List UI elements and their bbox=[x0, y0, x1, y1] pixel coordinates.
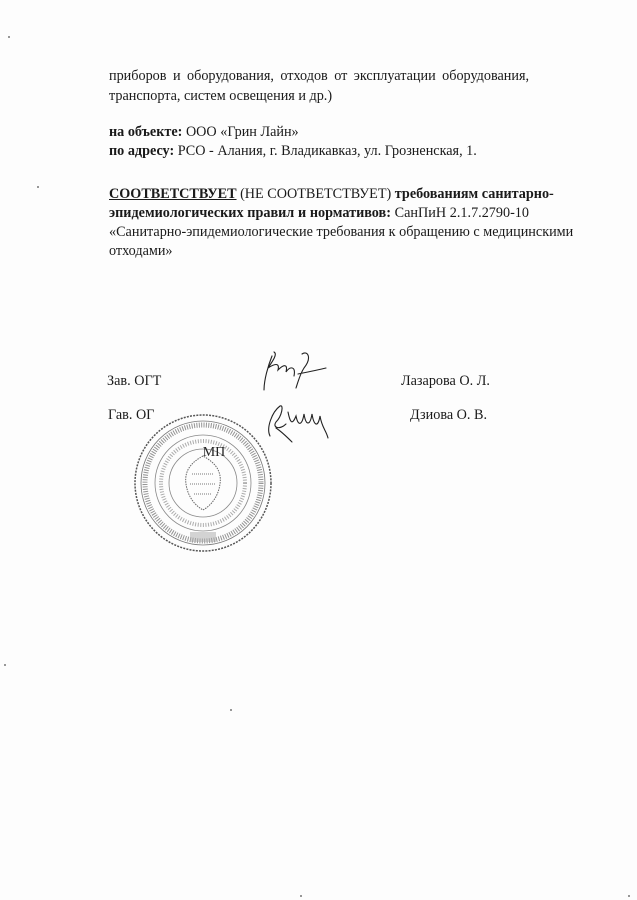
text: оборудования, bbox=[187, 68, 274, 84]
signature-position-1: Зав. ОГТ bbox=[107, 373, 161, 390]
complies-text: СООТВЕТСТВУЕТ bbox=[109, 186, 237, 202]
object-label: на объекте: bbox=[109, 124, 182, 140]
text: «Санитарно-эпидемиологические bbox=[109, 224, 313, 240]
address-line: по адресу: РСО - Алания, г. Владикавказ,… bbox=[109, 143, 529, 159]
text: СанПиН bbox=[395, 205, 446, 221]
intro-line-1: приборов и оборудования, отходов от эксп… bbox=[109, 68, 529, 84]
text: приборов bbox=[109, 68, 166, 84]
text: отходов bbox=[280, 68, 327, 84]
text: эпидемиологических bbox=[109, 205, 244, 221]
conclusion-line-4: отходами» bbox=[109, 243, 529, 259]
text: требованиям bbox=[395, 186, 478, 202]
scan-speck bbox=[300, 895, 302, 897]
object-value: ООО «Грин Лайн» bbox=[186, 124, 299, 140]
text: медицинскими bbox=[483, 224, 573, 240]
signature-name-1: Лазарова О. Л. bbox=[401, 373, 490, 390]
text: правил bbox=[247, 205, 294, 221]
document-page: приборов и оборудования, отходов от эксп… bbox=[0, 0, 637, 900]
conclusion-line-1: СООТВЕТСТВУЕТ (НЕ СООТВЕТСТВУЕТ) требова… bbox=[109, 186, 529, 202]
object-line: на объекте: ООО «Грин Лайн» bbox=[109, 124, 529, 140]
scan-speck bbox=[628, 895, 630, 897]
scan-speck bbox=[37, 186, 39, 188]
conclusion-line-3: «Санитарно-эпидемиологические требования… bbox=[109, 224, 529, 240]
stamp-mp-text: МП bbox=[203, 445, 226, 460]
text: нормативов: bbox=[310, 205, 391, 221]
text: с bbox=[473, 224, 479, 240]
text: и bbox=[298, 205, 306, 221]
not-complies-text: (НЕ СООТВЕТСТВУЕТ) bbox=[240, 186, 391, 202]
text: оборудования, bbox=[442, 68, 529, 84]
address-label: по адресу: bbox=[109, 143, 174, 159]
signature-name-2: Дзиова О. В. bbox=[410, 407, 487, 424]
text: обращению bbox=[399, 224, 470, 240]
intro-line-2: транспорта, систем освещения и др.) bbox=[109, 88, 529, 104]
text: от bbox=[334, 68, 347, 84]
sanpin-code: 2.1.7.2790-10 bbox=[450, 205, 529, 221]
address-value: РСО - Алания, г. Владикавказ, ул. Грозне… bbox=[178, 143, 477, 159]
text: санитарно- bbox=[482, 186, 554, 202]
text: к bbox=[389, 224, 396, 240]
scan-speck bbox=[4, 664, 6, 666]
text: требования bbox=[316, 224, 385, 240]
text: эксплуатации bbox=[354, 68, 436, 84]
official-stamp-icon: МП bbox=[132, 412, 274, 554]
scan-speck bbox=[8, 36, 10, 38]
text: и bbox=[173, 68, 181, 84]
handwritten-signature-icon bbox=[258, 348, 330, 396]
scan-speck bbox=[230, 709, 232, 711]
conclusion-line-2: эпидемиологических правил и нормативов: … bbox=[109, 205, 529, 221]
